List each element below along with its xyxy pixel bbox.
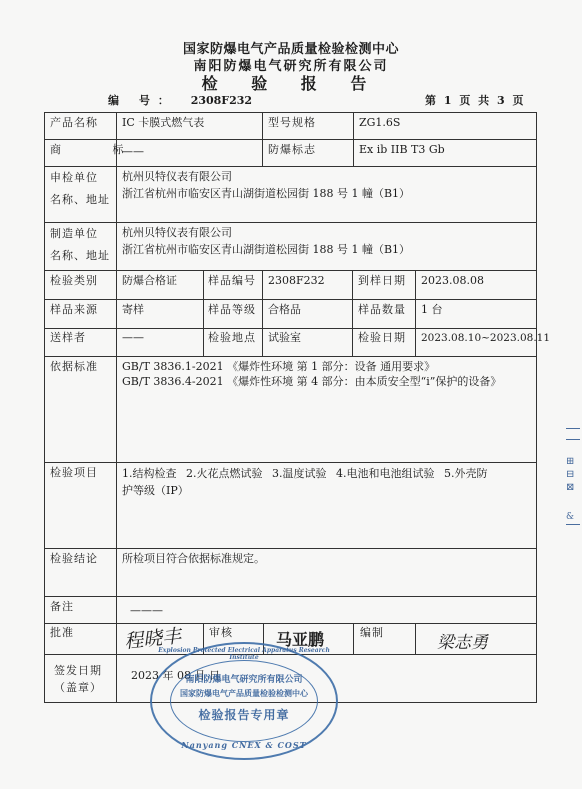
stamp-ring-top-text: Explosion Protected Electrical Apparatus… (152, 647, 336, 661)
sample-quantity-label: 样品数量 (358, 302, 406, 318)
seam-stamp-fragment: ⊞⊟⊠ (566, 455, 582, 494)
manufacturer-address: 浙江省杭州市临安区青山湖街道松园街 188 号 1 幢（B1） (122, 241, 410, 258)
product-name-value: IC 卡膜式燃气表 (122, 115, 204, 131)
ex-mark-value: Ex ib IIB T3 Gb (359, 142, 445, 158)
sample-no-label: 样品编号 (208, 273, 256, 289)
stamp-line1: 南阳防爆电气研究所有限公司 (152, 672, 336, 685)
remarks-label: 备注 (50, 599, 74, 615)
seam-stamp-mark (566, 428, 580, 440)
model-label: 型号规格 (268, 115, 316, 131)
compile-label: 编制 (360, 625, 384, 641)
seam-stamp-mark-lower: & (566, 512, 580, 525)
report-table: 产品名称 IC 卡膜式燃气表 型号规格 ZG1.6S 商 标 —— 防爆标志 E… (44, 112, 537, 702)
test-location-label: 检验地点 (208, 330, 256, 346)
test-location-value: 试验室 (268, 330, 301, 346)
review-label: 审核 (209, 625, 233, 641)
sample-quantity-value: 1 台 (421, 302, 443, 318)
sender-value: —— (122, 330, 144, 346)
approve-label: 批准 (50, 625, 74, 641)
compile-signature: 梁志勇 (437, 628, 488, 653)
applicant-address: 浙江省杭州市临安区青山湖街道松园街 188 号 1 幢（B1） (122, 185, 410, 202)
standard-item: GB/T 3836.4-2021 《爆炸性环境 第 4 部分：由本质安全型“i”… (122, 374, 501, 389)
sample-grade-value: 合格品 (268, 302, 301, 318)
sample-source-value: 寄样 (122, 302, 144, 318)
applicant-label: 申检单位 名称、地址 (50, 167, 110, 211)
model-value: ZG1.6S (359, 115, 400, 131)
page-info: 第 1 页 共 3 页 (425, 92, 525, 108)
stamp-line2: 国家防爆电气产品质量检验检测中心 (152, 688, 336, 699)
sample-no-value: 2308F232 (268, 273, 325, 289)
inspection-type-value: 防爆合格证 (122, 273, 177, 289)
official-stamp: Explosion Protected Electrical Apparatus… (150, 642, 338, 760)
arrival-date-value: 2023.08.08 (421, 273, 484, 289)
standard-item: GB/T 3836.1-2021 《爆炸性环境 第 1 部分：设备 通用要求》 (122, 359, 501, 374)
report-number: 编 号： 2308F232 (108, 92, 252, 108)
manufacturer-value: 杭州贝特仪表有限公司 浙江省杭州市临安区青山湖街道松园街 188 号 1 幢（B… (122, 224, 410, 258)
arrival-date-label: 到样日期 (358, 273, 406, 289)
applicant-value: 杭州贝特仪表有限公司 浙江省杭州市临安区青山湖街道松园街 188 号 1 幢（B… (122, 168, 410, 202)
product-name-label: 产品名称 (50, 115, 98, 131)
ex-mark-label: 防爆标志 (268, 142, 316, 158)
standards-list: GB/T 3836.1-2021 《爆炸性环境 第 1 部分：设备 通用要求》 … (122, 359, 501, 389)
stamp-ring-bottom-text: Nanyang CNEX & COST (152, 740, 336, 750)
test-items-value: 1.结构检查 2.火花点燃试验 3.温度试验 4.电池和电池组试验 5.外壳防 … (122, 465, 487, 499)
test-items-label: 检验项目 (50, 465, 98, 481)
conclusion-label: 检验结论 (50, 551, 98, 567)
applicant-name: 杭州贝特仪表有限公司 (122, 168, 410, 185)
conclusion-value: 所检项目符合依据标准规定。 (122, 551, 265, 567)
sample-grade-label: 样品等级 (208, 302, 256, 318)
manufacturer-label: 制造单位 名称、地址 (50, 223, 110, 267)
manufacturer-name: 杭州贝特仪表有限公司 (122, 224, 410, 241)
remarks-value: ——— (130, 603, 163, 619)
brand-value: —— (122, 144, 144, 160)
stamp-line3: 检验报告专用章 (152, 706, 336, 723)
standards-label: 依据标准 (50, 359, 98, 375)
report-number-value: 2308F232 (191, 94, 252, 107)
sender-label: 送样者 (50, 330, 86, 346)
inspection-type-label: 检验类别 (50, 273, 98, 289)
test-date-value: 2023.08.10~2023.08.11 (421, 330, 550, 346)
issue-date-label: 签发日期 （盖章） (54, 662, 102, 696)
sample-source-label: 样品来源 (50, 302, 98, 318)
report-title: 检 验 报 告 (0, 71, 582, 94)
test-date-label: 检验日期 (358, 330, 406, 346)
report-number-label: 编 号： (108, 94, 177, 107)
